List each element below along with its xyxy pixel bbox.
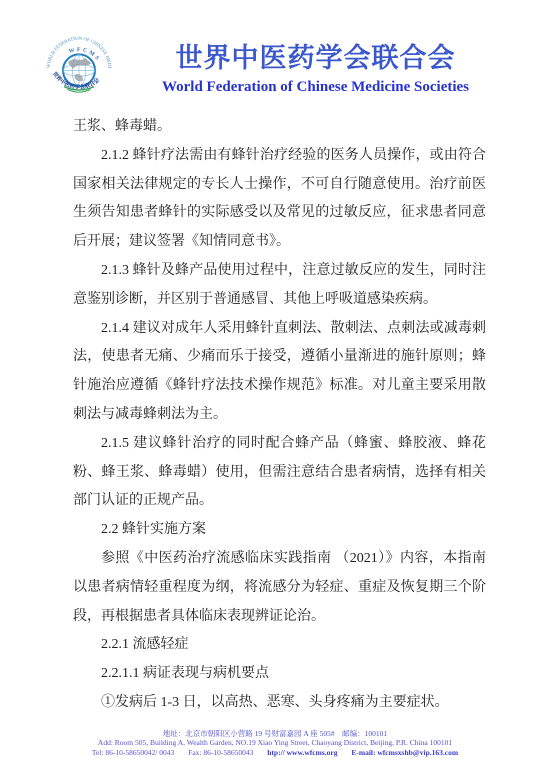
- document-page: WORLD FEDERATION OF CHINESE MEDICINE SOC…: [0, 0, 550, 777]
- globe-icon: [63, 54, 95, 86]
- letterhead-footer: 地址：北京市朝阳区小营路 19 号财富嘉园 A 座 505# 邮编：100101…: [0, 729, 550, 758]
- heading-2-2: 2.2 蜂针实施方案: [73, 516, 486, 545]
- footer-tel: Tel: 86-10-58650042/ 0043: [92, 748, 174, 757]
- list-item-1: ①发病后 1-3 日，以高热、恶寒、头身疼痛为主要症状。: [73, 689, 486, 718]
- footer-email: E-mail: wfcmsxshb@vip.163.com: [351, 748, 458, 757]
- footer-address-zh: 地址：北京市朝阳区小营路 19 号财富嘉园 A 座 505# 邮编：100101: [0, 729, 550, 739]
- wfcms-logo-icon: WORLD FEDERATION OF CHINESE MEDICINE SOC…: [45, 28, 113, 110]
- org-name-zh: 世界中医药学会联合会: [113, 44, 518, 74]
- document-body: 王浆、蜂毒蜡。 2.1.2 蜂针疗法需由有蜂针治疗经验的医务人员操作，或由符合国…: [73, 113, 486, 718]
- heading-2-2-1-1: 2.2.1.1 病证表现与病机要点: [73, 660, 486, 689]
- letterhead-header: WORLD FEDERATION OF CHINESE MEDICINE SOC…: [45, 28, 518, 110]
- paragraph-2-1-3: 2.1.3 蜂针及蜂产品使用过程中，注意过敏反应的发生，同时注意鉴别诊断，并区别…: [73, 257, 486, 315]
- paragraph-2-1-5: 2.1.5 建议蜂针治疗的同时配合蜂产品（蜂蜜、蜂胶液、蜂花粉、蜂王浆、蜂毒蜡）…: [73, 430, 486, 516]
- footer-website: htp:// www.wfcms.org: [267, 748, 337, 757]
- paragraph-2-1-4: 2.1.4 建议对成年人采用蜂针直刺法、散刺法、点刺法或减毒刺法，使患者无痛、少…: [73, 315, 486, 430]
- org-name-en: World Federation of Chinese Medicine Soc…: [113, 79, 518, 96]
- paragraph-2-2-intro: 参照《中医药治疗流感临床实践指南 （2021）》内容，本指南以患者病情轻重程度为…: [73, 545, 486, 631]
- paragraph-2-1-2: 2.1.2 蜂针疗法需由有蜂针治疗经验的医务人员操作，或由符合国家相关法律规定的…: [73, 142, 486, 257]
- heading-2-2-1: 2.2.1 流感轻症: [73, 631, 486, 660]
- footer-contact-line: Tel: 86-10-58650042/ 0043 Fax: 86-10-586…: [0, 748, 550, 758]
- paragraph: 王浆、蜂毒蜡。: [73, 113, 486, 142]
- footer-fax: Fax: 86-10-58650043: [188, 748, 253, 757]
- org-titles: 世界中医药学会联合会 World Federation of Chinese M…: [113, 28, 518, 96]
- footer-address-en: Add: Room 505, Building A, Wealth Garden…: [0, 738, 550, 748]
